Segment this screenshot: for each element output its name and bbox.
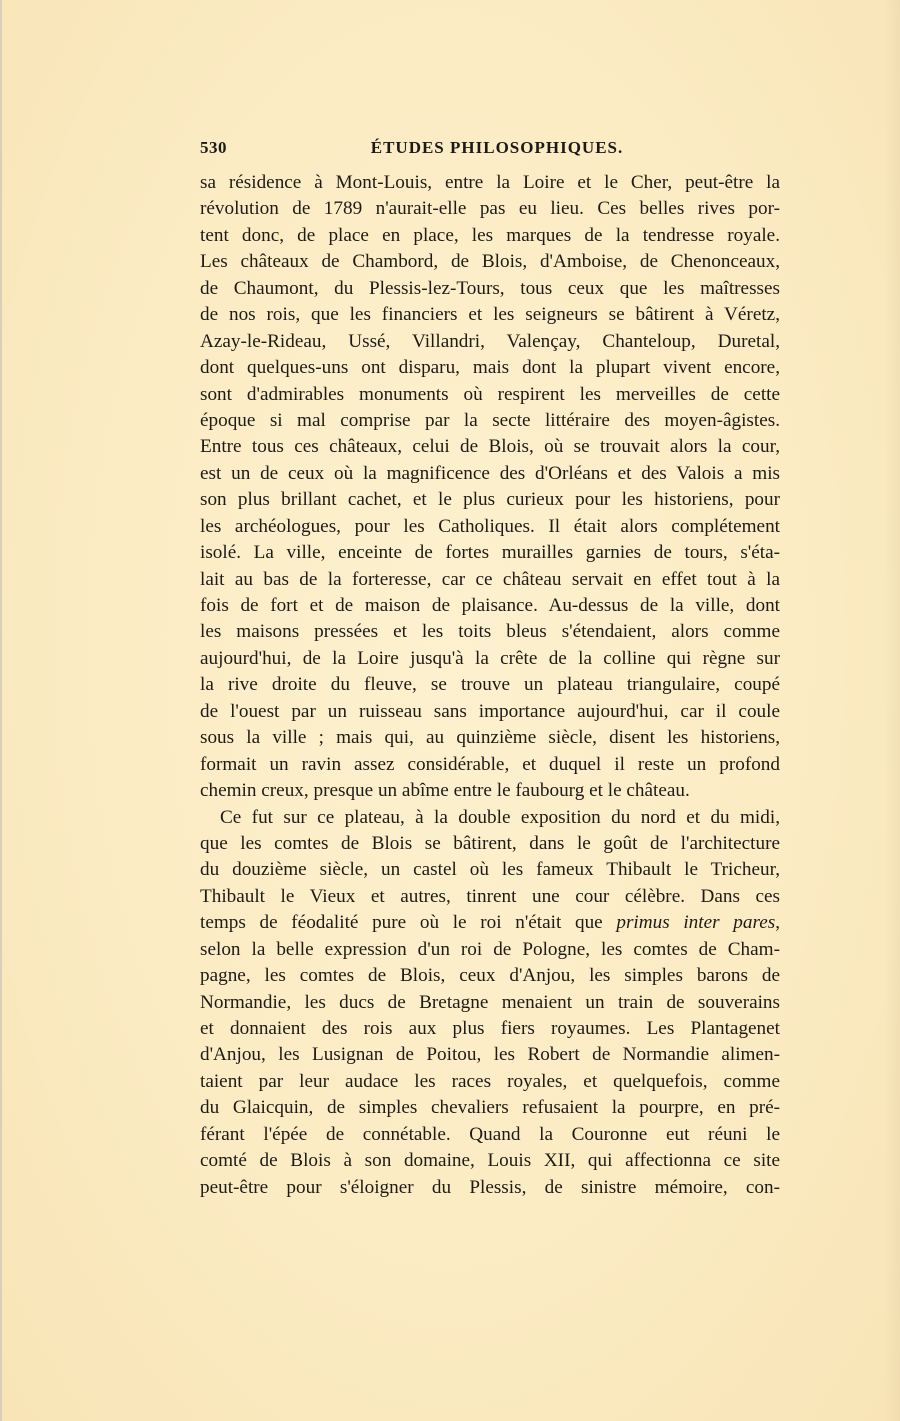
body-text: sa résidence à Mont-Louis, entre la Loir… <box>200 170 780 1201</box>
text-line: de nos rois, que les financiers et les s… <box>200 302 780 328</box>
text-line: chemin creux, presque un abîme entre le … <box>200 778 780 804</box>
text-line: Thibault le Vieux et autres, tinrent une… <box>200 884 780 910</box>
text-line: du Glaicquin, de simples chevaliers refu… <box>200 1095 780 1121</box>
text-line: d'Anjou, les Lusignan de Poitou, les Rob… <box>200 1042 780 1068</box>
text-line: peut-être pour s'éloigner du Plessis, de… <box>200 1175 780 1201</box>
text-line: Normandie, les ducs de Bretagne menaient… <box>200 990 780 1016</box>
text-run: , <box>775 912 780 933</box>
text-line: dont quelques-uns ont disparu, mais dont… <box>200 355 780 381</box>
text-line: de l'ouest par un ruisseau sans importan… <box>200 699 780 725</box>
text-line: révolution de 1789 n'aurait-elle pas eu … <box>200 196 780 222</box>
text-line: les maisons pressées et les toits bleus … <box>200 619 780 645</box>
text-line: son plus brillant cachet, et le plus cur… <box>200 487 780 513</box>
text-line: Azay-le-Rideau, Ussé, Villandri, Valença… <box>200 329 780 355</box>
text-line: les archéologues, pour les Catholiques. … <box>200 514 780 540</box>
text-line-with-italic: temps de féodalité pure où le roi n'étai… <box>200 910 780 936</box>
text-line: fois de fort et de maison de plaisance. … <box>200 593 780 619</box>
text-line: Entre tous ces châteaux, celui de Blois,… <box>200 434 780 460</box>
text-line: isolé. La ville, enceinte de fortes mura… <box>200 540 780 566</box>
text-line: férant l'épée de connétable. Quand la Co… <box>200 1122 780 1148</box>
page-gutter-shadow <box>884 0 900 1421</box>
text-run: temps de féodalité pure où le roi n'étai… <box>200 912 616 933</box>
text-line: Ce fut sur ce plateau, à la double expos… <box>200 805 780 831</box>
italic-phrase: primus inter pares <box>616 912 775 933</box>
text-line: formait un ravin assez considérable, et … <box>200 752 780 778</box>
text-line: lait au bas de la forteresse, car ce châ… <box>200 567 780 593</box>
text-line: selon la belle expression d'un roi de Po… <box>200 937 780 963</box>
text-line: tent donc, de place en place, les marque… <box>200 223 780 249</box>
text-line: et donnaient des rois aux plus fiers roy… <box>200 1016 780 1042</box>
text-line: Les châteaux de Chambord, de Blois, d'Am… <box>200 249 780 275</box>
text-line: taient par leur audace les races royales… <box>200 1069 780 1095</box>
text-line: aujourd'hui, de la Loire jusqu'à la crêt… <box>200 646 780 672</box>
text-line: est un de ceux où la magnificence des d'… <box>200 461 780 487</box>
text-line: comté de Blois à son domaine, Louis XII,… <box>200 1148 780 1174</box>
text-line: pagne, les comtes de Blois, ceux d'Anjou… <box>200 963 780 989</box>
text-line: sont d'admirables monuments où respirent… <box>200 382 780 408</box>
text-line: la rive droite du fleuve, se trouve un p… <box>200 672 780 698</box>
running-title: ÉTUDES PHILOSOPHIQUES. <box>200 138 780 158</box>
running-header: 530 ÉTUDES PHILOSOPHIQUES. <box>200 138 780 162</box>
paragraph-2: Ce fut sur ce plateau, à la double expos… <box>200 805 780 1202</box>
text-line: époque si mal comprise par la secte litt… <box>200 408 780 434</box>
text-line: du douzième siècle, un castel où les fam… <box>200 857 780 883</box>
text-line: sous la ville ; mais qui, au quinzième s… <box>200 725 780 751</box>
text-line: de Chaumont, du Plessis-lez-Tours, tous … <box>200 276 780 302</box>
page-edge <box>0 0 2 1421</box>
text-line: sa résidence à Mont-Louis, entre la Loir… <box>200 170 780 196</box>
text-line: que les comtes de Blois se bâtirent, dan… <box>200 831 780 857</box>
paragraph-1: sa résidence à Mont-Louis, entre la Loir… <box>200 170 780 805</box>
